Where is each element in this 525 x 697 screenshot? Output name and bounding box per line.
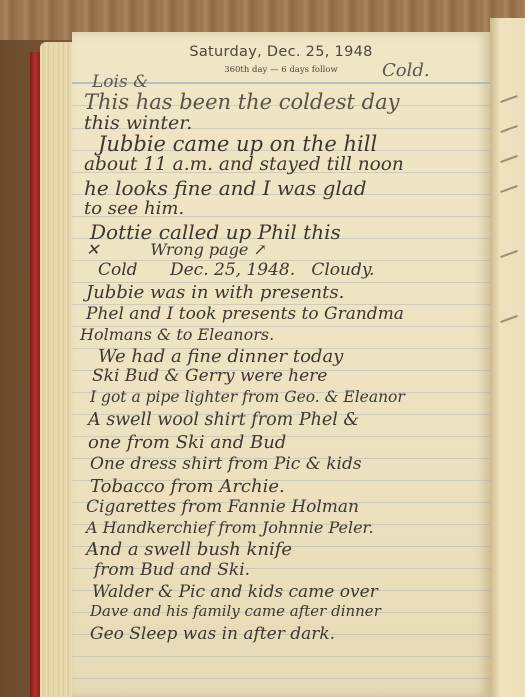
handwritten-line: one from Ski and Bud	[88, 432, 286, 453]
red-book-cover-edge	[30, 52, 40, 697]
handwritten-line: to see him.	[84, 198, 184, 219]
diary-page: Saturday, Dec. 25, 1948 360th day — 6 da…	[72, 32, 490, 697]
handwritten-line: One dress shirt from Pic & kids	[90, 454, 362, 474]
handwritten-line: Ski Bud & Gerry were here	[92, 366, 327, 386]
handwritten-line: And a swell bush knife	[86, 539, 292, 560]
handwritten-line: Phel and I took presents to Grandma	[86, 304, 404, 324]
handwritten-line: This has been the coldest day	[84, 90, 399, 114]
handwritten-line: We had a fine dinner today	[98, 346, 343, 367]
handwritten-line: I got a pipe lighter from Geo. & Eleanor	[90, 388, 405, 406]
handwritten-line: Cold Dec. 25, 1948. Cloudy.	[98, 260, 375, 280]
handwritten-line: Jubbie came up on the hill	[98, 132, 377, 156]
header-date: Saturday, Dec. 25, 1948	[72, 44, 490, 60]
handwritten-line: Holmans & to Eleanors.	[80, 325, 274, 344]
handwritten-line: from Bud and Ski.	[94, 560, 250, 580]
handwritten-line: Walder & Pic and kids came over	[92, 582, 378, 602]
handwritten-line: Geo Sleep was in after dark.	[90, 624, 335, 644]
handwritten-line: Tobacco from Archie.	[90, 476, 285, 497]
handwritten-line: Dave and his family came after dinner	[90, 602, 381, 620]
handwritten-line: he looks fine and I was glad	[84, 176, 367, 200]
handwritten-line: Lois &	[92, 72, 148, 92]
weather-note: Cold.	[382, 60, 430, 81]
handwritten-line: Cigarettes from Fannie Holman	[86, 497, 359, 517]
handwritten-line: A swell wool shirt from Phel &	[88, 410, 359, 430]
handwritten-line: Jubbie was in with presents.	[86, 282, 344, 303]
handwritten-line: about 11 a.m. and stayed till noon	[84, 154, 404, 175]
handwritten-line: this winter.	[84, 112, 192, 134]
handwritten-line: A Handkerchief from Johnnie Peler.	[86, 518, 374, 537]
page-stack-edges	[40, 42, 74, 697]
facing-page-edge	[490, 18, 525, 697]
handwritten-line: ✕ Wrong page ↗	[86, 240, 267, 259]
